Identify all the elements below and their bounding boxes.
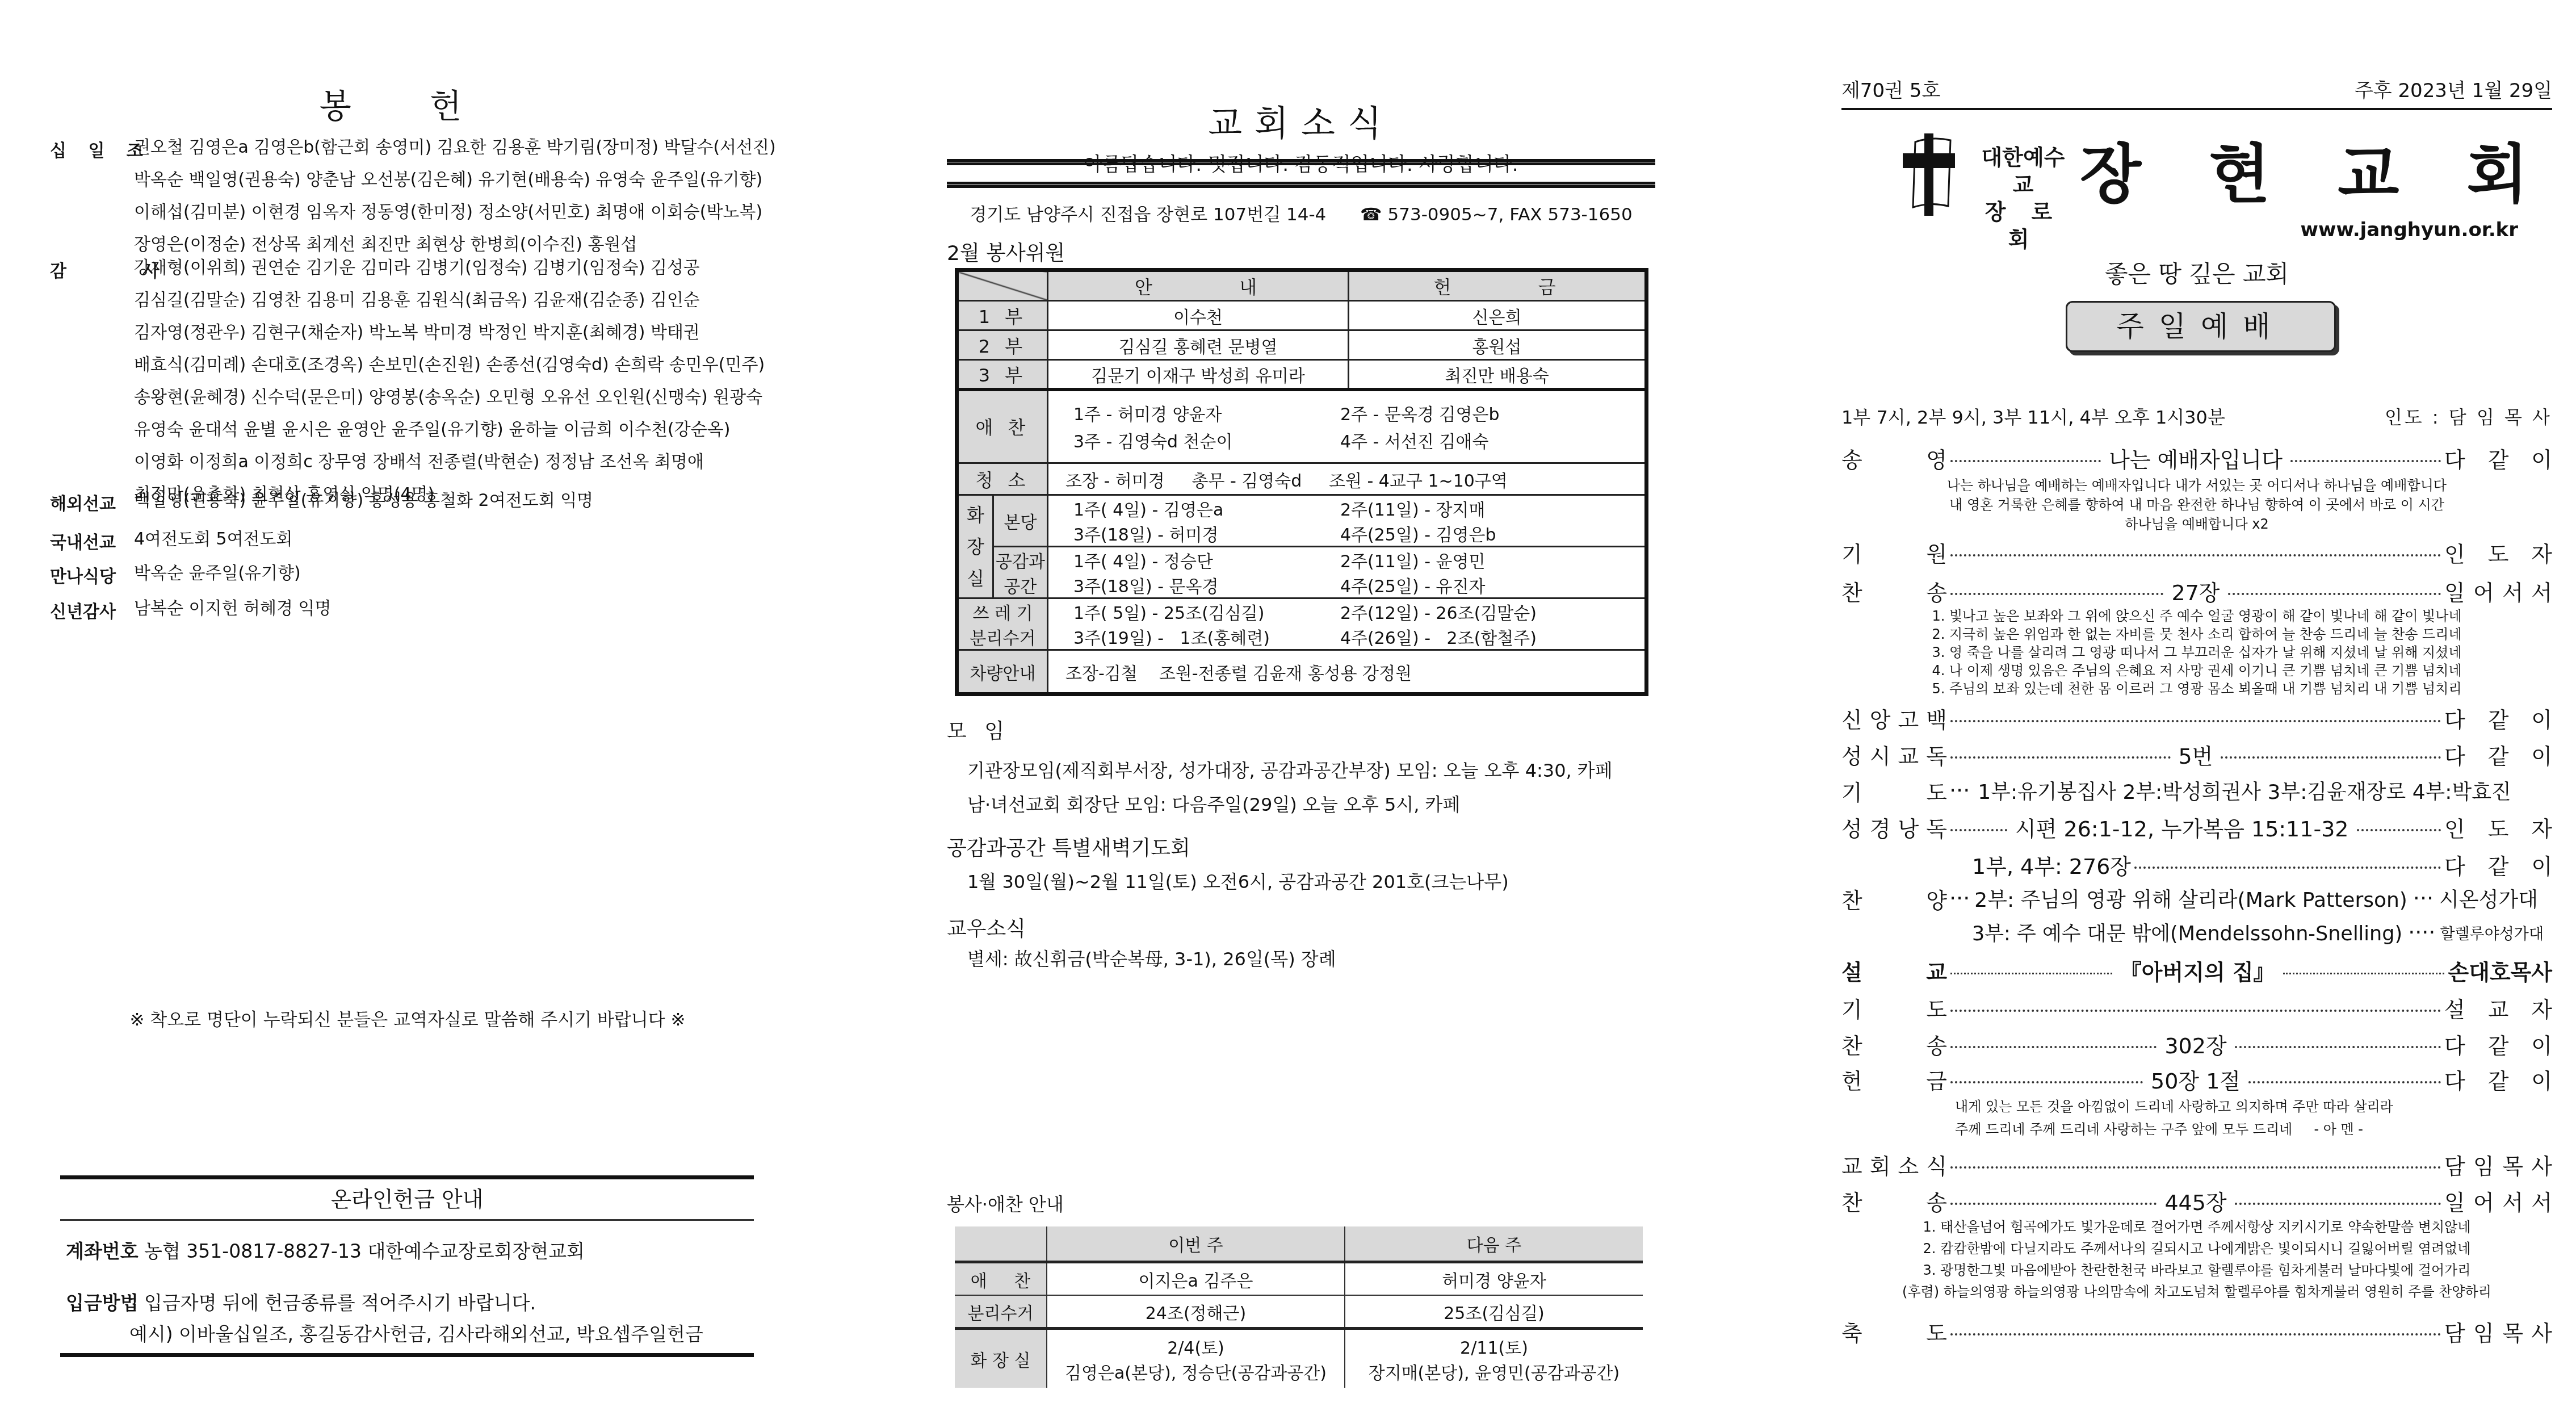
table-row: 3 부 김문기 이재구 박성희 유미라 최진만 배용숙	[957, 360, 1647, 390]
label-char: 도	[1926, 992, 1947, 1023]
duty-date: 2/11(토)	[1346, 1334, 1642, 1359]
order-item-performer: 담임목사	[2444, 1149, 2552, 1180]
this-week-value: 24조(정해근)	[1047, 1295, 1345, 1329]
next-week-value: 2/11(토) 장지매(본당), 윤영민(공감과공간)	[1345, 1329, 1643, 1388]
dot-leader	[1950, 720, 2441, 722]
who-char: 설	[2444, 992, 2465, 1023]
order-item-label: 기도	[1841, 992, 1947, 1023]
order-item-performer: 인도자	[2444, 537, 2552, 568]
table-row: 1 부 이수천 신은희	[957, 301, 1647, 330]
table-row: 청 소 조장 - 허미경 총무 - 김영숙d 조원 - 4교구 1~10구역	[957, 463, 1647, 495]
label-char: 신	[1841, 702, 1862, 734]
dot-leader	[1950, 756, 2171, 759]
ellipsis: ···	[1949, 778, 1970, 803]
who-char: 이	[2531, 1028, 2552, 1060]
scripture-reading: 시편 26:1-12, 누가복음 15:11-32	[2011, 811, 2353, 843]
label-char: 찬	[1841, 575, 1862, 606]
anthem-row: 1부, 4부: 276장 다 같 이	[1841, 848, 2552, 880]
church-name: 장 현 교 회	[2080, 139, 2551, 210]
schedule-entry: 4주(25일) - 김영은b	[1340, 521, 1607, 546]
duty-date: 2/4(토)	[1048, 1334, 1344, 1359]
divider	[60, 1353, 754, 1357]
order-item: 찬송 27장 일어서서	[1841, 575, 2552, 606]
row-label: 1 부	[957, 301, 1048, 330]
who-char: 목	[2502, 1316, 2523, 1347]
deposit-method-row: 입금방법 입금자명 뒤에 헌금종류를 적어주시기 바랍니다.	[66, 1288, 754, 1315]
who-char: 인	[2444, 537, 2465, 568]
dot-leader	[2228, 593, 2441, 595]
label-char: 기	[1841, 537, 1862, 568]
order-item: 헌금 50장 1절 다같이	[1841, 1063, 2552, 1095]
dot-leader	[1950, 1010, 2441, 1012]
label-char: 교	[1898, 739, 1919, 770]
omission-notice: ※ 착오로 명단이 누락되신 분들은 교역자실로 말씀해 주시기 바랍니다 ※	[50, 1005, 765, 1031]
order-item-label: 찬송	[1841, 1028, 1947, 1060]
order-item: 교회소식 담임목사	[1841, 1148, 2552, 1180]
lyrics-line: 주께 드리네 주께 드리네 사랑하는 구주 앞에 모두 드리네 - 아 멘 -	[1955, 1120, 2576, 1139]
divider	[60, 1219, 754, 1221]
church-logo: 대한예수교 장 로 회 장 현 교 회	[1898, 133, 2437, 216]
ellipsis: ···	[1949, 886, 1970, 911]
order-item: 기원 인도자	[1841, 536, 2552, 568]
order-item-performer: 담임목사	[2444, 1316, 2552, 1347]
who-char: 같	[2488, 442, 2509, 474]
dot-leader	[1950, 460, 2101, 462]
church-news-page: 교회소식 아름답습니다. 멋집니다. 감동적입니다. 사랑합니다. 경기도 남양…	[947, 0, 1655, 1415]
who-char: 같	[2488, 739, 2509, 770]
offering-names: 신은희	[1349, 301, 1647, 330]
who-char: 담	[2444, 1149, 2465, 1180]
ellipsis: ···	[2413, 886, 2434, 911]
offering-names: 배효식(김미례) 손대호(조경옥) 손보민(손진원) 손종선(김영숙d) 손희락…	[134, 354, 770, 386]
phone-icon: ☎	[1360, 204, 1382, 225]
dot-leader	[1950, 973, 2112, 974]
table-row: 차량안내 조장-김철 조원-전종렬 김윤재 홍성용 강정원	[957, 650, 1647, 694]
table-row: 쓰 레 기 분리수거 1주( 5일) - 25조(김심길)2주(12일) - 2…	[957, 598, 1647, 650]
church-website-link[interactable]: www.janghyun.or.kr	[2301, 219, 2518, 241]
who-char: 일	[2444, 575, 2465, 606]
service-title-box: 주일예배	[2066, 301, 2336, 352]
label-char: 교	[1926, 955, 1947, 986]
schedule-entry: 2주 - 문옥경 김영은b	[1340, 400, 1607, 425]
row-sublabel: 본당	[993, 495, 1048, 547]
dot-leader	[1950, 829, 2007, 831]
denomination-top: 대한예수교	[1972, 144, 2074, 198]
schedule-entry: 3주(19일) - 1조(홍혜련)	[1073, 624, 1340, 649]
label-char: 송	[1926, 1185, 1947, 1216]
table-row: 애 찬 이지은a 김주은 허미경 양윤자	[955, 1262, 1643, 1296]
offering-names: 송왕현(윤혜경) 신수덕(문은미) 양영봉(송옥순) 오민형 오유선 오인원(신…	[134, 386, 770, 418]
restroom-schedule: 1주( 4일) - 정승단2주(11일) - 윤영민 3주(18일) - 문옥경…	[1048, 547, 1647, 598]
church-address-line: 경기도 남양주시 진접읍 장현로 107번길 14-4 ☎ 573-0905~7…	[947, 200, 1655, 225]
prayer-leaders: 1부:유기봉집사 2부:박성희권사 3부:김윤재장로 4부:박효진	[1978, 776, 2511, 805]
order-item-performer: 인도자	[2444, 811, 2552, 843]
anthem-performer: 시온성가대	[2439, 884, 2538, 913]
order-item-performer: 다같이	[2444, 1028, 2552, 1060]
section-heading-member-news: 교우소식	[947, 913, 1026, 942]
account-number: 농협 351-0817-8827-13 대한예수교장로회장현교회	[144, 1240, 585, 1262]
lyrics-line: 2. 캄캄한밤에 다닐지라도 주께서나의 길되시고 나에게밝은 빛이되시니 길잃…	[1841, 1239, 2552, 1258]
who-char: 어	[2473, 575, 2494, 606]
dot-leader	[2235, 1046, 2441, 1048]
schedule-entry: 2주(11일) - 장지매	[1340, 496, 1607, 521]
who-char: 같	[2488, 1064, 2509, 1095]
label-line: 분리수거	[959, 624, 1047, 649]
offering-names: 박옥순 백일영(권용숙) 양춘남 오선봉(김은혜) 유기현(배용숙) 유영숙 윤…	[134, 169, 770, 201]
this-week-value: 2/4(토) 김영은a(본당), 정승단(공감과공간)	[1047, 1329, 1345, 1388]
table-row: 2 부 김심길 홍혜련 문병열 홍원섭	[957, 330, 1647, 360]
label-char: 독	[1926, 739, 1947, 770]
dot-leader	[1950, 554, 2441, 556]
section-heading-meetings: 모 임	[947, 715, 1010, 744]
order-item-performer: 설교자	[2444, 992, 2552, 1023]
schedule-entry: 1주( 4일) - 김영은a	[1073, 496, 1340, 521]
who-char: 서	[2531, 575, 2552, 606]
offering-label: 국내선교	[50, 528, 124, 553]
schedule-entry: 1주 - 허미경 양윤자	[1073, 400, 1340, 425]
row-label: 차량안내	[957, 650, 1048, 694]
schedule-entry: 4주 - 서선진 김애숙	[1340, 428, 1607, 453]
section-heading-dawn-prayer: 공감과공간 특별새벽기도회	[947, 832, 1190, 861]
order-item-label: 성경낭독	[1841, 811, 1947, 843]
offering-names: 홍원섭	[1349, 330, 1647, 360]
deposit-method-label: 입금방법	[66, 1292, 139, 1314]
row-label: 청 소	[957, 463, 1048, 495]
offering-names: 이해섭(김미분) 이현경 임옥자 정동영(한미정) 정소양(서민호) 최명애 이…	[134, 201, 770, 233]
address: 경기도 남양주시 진접읍 장현로 107번길 14-4	[970, 204, 1326, 225]
dot-leader	[2357, 829, 2441, 831]
who-char: 사	[2531, 1316, 2552, 1347]
schedule-entry: 3주(18일) - 허미경	[1073, 521, 1340, 546]
guide-names: 이수천	[1048, 301, 1349, 330]
who-char: 다	[2444, 739, 2465, 770]
who-char: 도	[2488, 811, 2509, 843]
order-item: 신앙고백 다같이	[1841, 702, 2552, 734]
who-char: 다	[2444, 1064, 2465, 1095]
dot-leader	[1950, 1203, 2157, 1205]
account-row: 계좌번호 농협 351-0817-8827-13 대한예수교장로회장현교회	[66, 1237, 754, 1263]
lyrics-line: 나는 하나님을 예배하는 예배자입니다 내가 서있는 곳 어디서나 하나님을 예…	[1841, 476, 2552, 495]
order-item-sermon: 설교 『아버지의 집』 손대호목사	[1841, 954, 2552, 986]
offering-names: 이영화 이정희a 이정희c 장무영 장배석 전종렬(박현순) 정정남 조선옥 최…	[134, 451, 770, 483]
offerings-page: 봉 헌 십 일 조 권오철 김영은a 김영은b(함근회 송영미) 김요한 김용훈…	[50, 0, 765, 1415]
table-row: 화 장 실 본당 1주( 4일) - 김영은a2주(11일) - 장지매 3주(…	[957, 495, 1647, 547]
label-char: 축	[1841, 1316, 1862, 1347]
order-item-label: 성시교독	[1841, 739, 1947, 770]
label-char: 도	[1926, 1316, 1947, 1347]
order-item: 기도 ··· 1부:유기봉집사 2부:박성희권사 3부:김윤재장로 4부:박효진	[1841, 775, 2552, 806]
who-char: 서	[2502, 1185, 2523, 1216]
who-char: 이	[2531, 739, 2552, 770]
preacher: 손대호목사	[2448, 955, 2552, 986]
order-item-label: 찬송	[1841, 575, 1947, 606]
phone-fax: 573-0905~7, FAX 573-1650	[1388, 204, 1633, 225]
order-item-label: 신앙고백	[1841, 702, 1947, 734]
dot-leader	[2134, 866, 2441, 869]
label-char: 기	[1841, 992, 1862, 1023]
page-subtitle: 아름답습니다. 멋집니다. 감동적입니다. 사랑합니다.	[947, 149, 1655, 177]
dot-leader	[1950, 1166, 2441, 1169]
row-label: 분리수거	[955, 1295, 1047, 1329]
who-char: 이	[2531, 442, 2552, 474]
offering-names: 백일영(권용숙) 윤주일(유기향) 홍성용 홍철화 2여전도회 익명	[134, 489, 770, 522]
order-item-label: 교회소식	[1841, 1149, 1947, 1180]
order-item: 성시교독 5번 다같이	[1841, 738, 2552, 770]
label-char: 식	[1926, 1149, 1947, 1180]
denomination-bottom: 장 로 회	[1972, 198, 2074, 253]
table-row: 분리수거 24조(정해근) 25조(김심길)	[955, 1295, 1643, 1329]
order-item-label: 헌금	[1841, 1064, 1947, 1095]
who-char: 교	[2488, 992, 2509, 1023]
online-offering-title: 온라인헌금 안내	[60, 1179, 754, 1219]
schedule-entry: 3주 - 김영숙d 천순이	[1073, 428, 1340, 453]
lyrics-line: 4. 나 이제 생명 있음은 주님의 은혜요 저 사망 권세 이기니 큰 기쁨 …	[1841, 661, 2552, 680]
offering-names: 강재형(이위희) 권연순 김기운 김미라 김병기(임정숙) 김병기(임정숙) 김…	[134, 257, 770, 289]
dot-leader	[1950, 593, 2163, 595]
order-item: 기도 설교자	[1841, 991, 2552, 1023]
who-char: 임	[2473, 1316, 2494, 1347]
who-char: 이	[2531, 1064, 2552, 1095]
table-row: 화 장 실 2/4(토) 김영은a(본당), 정승단(공감과공간) 2/11(토…	[955, 1329, 1643, 1388]
order-item: 찬송 445장 일어서서	[1841, 1184, 2552, 1216]
page-title: 교회소식	[947, 95, 1655, 146]
schedule-entry: 4주(25일) - 유진자	[1340, 572, 1607, 597]
order-item-label: 기원	[1841, 537, 1947, 568]
offering-names: 김자영(정관우) 김현구(채순자) 박노복 박미경 박정인 박지훈(최혜경) 박…	[134, 321, 770, 354]
anthem-row: 3부: 주 예수 대문 밖에(Mendelssohn-Snelling) ···…	[1841, 916, 2552, 948]
order-item-performer: 일어서서	[2444, 575, 2552, 606]
guide-names: 김심길 홍혜련 문병열	[1048, 330, 1349, 360]
cleaning-assignment: 조장 - 허미경 총무 - 김영숙d 조원 - 4교구 1~10구역	[1048, 463, 1647, 495]
label-char: 찬	[1841, 1028, 1862, 1060]
dawn-prayer-details: 1월 30일(월)~2월 11일(토) 오전6시, 공감과공간 201호(크는나…	[967, 868, 1509, 894]
lyrics-line: 3. 광명한그빛 마음에받아 찬란한천국 바라보고 할렐루야를 힘차게불러 날마…	[1841, 1261, 2552, 1280]
ellipsis: ····	[2408, 920, 2435, 945]
order-item-performer: 일어서서	[2444, 1185, 2552, 1216]
who-char: 서	[2502, 575, 2523, 606]
label-char: 실	[959, 563, 992, 595]
who-char: 다	[2444, 702, 2465, 734]
member-news-details: 별세: 故신휘금(박순복母, 3-1), 26일(목) 장례	[967, 945, 1336, 971]
order-item-label: 설교	[1841, 955, 1947, 986]
label-char: 금	[1926, 1064, 1947, 1095]
order-item-content: 27장	[2167, 575, 2224, 606]
dot-leader	[2248, 1081, 2441, 1083]
who-char: 자	[2531, 992, 2552, 1023]
label-char: 찬	[1841, 883, 1862, 914]
divider	[1841, 108, 2552, 110]
order-item-label: 축도	[1841, 1316, 1947, 1347]
dot-leader	[1950, 1081, 2143, 1083]
anthem-text: 2부: 주님의 영광 위해 살리라(Mark Patterson)	[1974, 884, 2407, 913]
cross-scroll-icon	[1898, 133, 1961, 216]
who-char: 어	[2473, 1185, 2494, 1216]
recycling-schedule: 1주( 5일) - 25조(김심길)2주(12일) - 26조(김말순) 3주(…	[1048, 598, 1647, 650]
guide-names: 김문기 이재구 박성희 유미라	[1048, 360, 1349, 390]
who-char: 자	[2531, 537, 2552, 568]
meeting-item: 남·녀선교회 회장단 모임: 다음주일(29일) 오늘 오후 5시, 카페	[967, 790, 1460, 817]
schedule-entry: 4주(26일) - 2조(함철주)	[1340, 624, 1607, 649]
dot-leader	[2283, 973, 2445, 974]
table-row: 애 찬 1주 - 허미경 양윤자2주 - 문옥경 김영은b 3주 - 김영숙d …	[957, 390, 1647, 463]
label-char: 헌	[1841, 1064, 1862, 1095]
lyrics-line: 1. 빛나고 높은 보좌와 그 위에 앉으신 주 예수 얼굴 영광이 해 같이 …	[1841, 606, 2552, 626]
lyrics-line: 5. 주님의 보좌 있는데 천한 몸 이르러 그 영광 몸소 뵈올때 내 기쁨 …	[1841, 679, 2552, 698]
table-corner-cell	[955, 1226, 1047, 1262]
who-char: 서	[2531, 1185, 2552, 1216]
column-header-next-week: 다음 주	[1345, 1226, 1643, 1262]
next-duty-table: 이번 주 다음 주 애 찬 이지은a 김주은 허미경 양윤자 분리수거 24조(…	[955, 1226, 1643, 1388]
label-char: 송	[1841, 442, 1862, 474]
who-char: 사	[2531, 1149, 2552, 1180]
label-char: 시	[1870, 739, 1891, 770]
who-char: 다	[2444, 1028, 2465, 1060]
anthem-text: 3부: 주 예수 대문 밖에(Mendelssohn-Snelling)	[1972, 918, 2402, 947]
label-char: 독	[1926, 811, 1947, 843]
duty-names: 장지매(본당), 윤영민(공감과공간)	[1346, 1359, 1642, 1384]
service-committee-table: 안 내 헌 금 1 부 이수천 신은희 2 부 김심길 홍혜련 문병열 홍원섭 …	[955, 268, 1648, 696]
order-item-performer: 다같이	[2444, 1064, 2552, 1095]
order-item-label: 찬양	[1841, 883, 1947, 914]
deposit-example: 예시) 이바울십일조, 홍길동감사헌금, 김사라해외선교, 박요셉주일헌금	[129, 1320, 754, 1346]
order-item-performer: 다같이	[2444, 739, 2552, 770]
denomination-name: 대한예수교 장 로 회	[1972, 144, 2074, 253]
schedule-entry: 1주( 5일) - 25조(김심길)	[1073, 599, 1340, 624]
this-week-value: 이지은a 김주은	[1047, 1262, 1345, 1296]
label-char: 교	[1841, 1149, 1862, 1180]
meeting-item: 기관장모임(제직회부서장, 성가대장, 공감과공간부장) 모임: 오늘 오후 4…	[967, 756, 1613, 782]
row-label: 3 부	[957, 360, 1048, 390]
anthem-performer: 할렐루야성가대	[2440, 922, 2544, 944]
order-item-label: 찬송	[1841, 1185, 1947, 1216]
dot-leader	[2221, 756, 2441, 759]
label-char: 원	[1926, 537, 1947, 568]
label-line: 쓰 레 기	[959, 599, 1047, 624]
table-header-row: 이번 주 다음 주	[955, 1226, 1643, 1262]
lyrics-line: (후렴) 하늘의영광 하늘의영광 나의맘속에 차고도넘쳐 할렐루야를 힘차게불러…	[1841, 1282, 2552, 1301]
offering-names: 김심길(김말순) 김영찬 김용미 김용훈 김원식(최금옥) 김윤재(김순종) 김…	[134, 289, 770, 321]
table-corner-cell	[957, 270, 1048, 301]
sublabel-line: 공감과	[994, 547, 1047, 572]
who-char: 임	[2473, 1149, 2494, 1180]
lyrics-line: 내 영혼 거룩한 은혜를 향하여 내 마음 완전한 하나님 향하여 이 곳에서 …	[1841, 495, 2552, 514]
restroom-schedule: 1주( 4일) - 김영은a2주(11일) - 장지매 3주(18일) - 허미…	[1048, 495, 1647, 547]
who-char: 도	[2488, 537, 2509, 568]
offering-label: 해외선교	[50, 489, 124, 514]
bulletin-date: 주후 2023년 1월 29일	[2355, 75, 2552, 103]
order-item-label: 기도	[1841, 775, 1947, 806]
anthem-performer: 다 같 이	[2444, 849, 2552, 880]
account-label: 계좌번호	[66, 1240, 139, 1262]
label-char: 화	[959, 499, 992, 531]
offering-label: 신년감사	[50, 597, 124, 622]
lyrics-line: 1. 태산을넘어 험곡에가도 빛가운데로 걸어가면 주께서항상 지키시기로 약속…	[1841, 1217, 2552, 1237]
offering-names: 유영숙 윤대석 윤별 윤시은 윤영안 윤주일(유기향) 윤하늘 이금희 이수천(…	[134, 418, 770, 451]
label-char: 도	[1926, 775, 1947, 806]
offering-names: 최진만 배용숙	[1349, 360, 1647, 390]
row-label: 쓰 레 기 분리수거	[957, 598, 1048, 650]
page-title: 봉 헌	[50, 79, 765, 127]
who-char: 다	[2444, 442, 2465, 474]
offering-label: 십 일 조	[50, 136, 124, 161]
parking-assignment: 조장-김철 조원-전종렬 김윤재 홍성용 강정원	[1048, 650, 1647, 694]
row-sublabel: 공감과 공간	[993, 547, 1048, 598]
order-item: 찬양 ··· 2부: 주님의 영광 위해 살리라(Mark Patterson)…	[1841, 882, 2552, 914]
volume-number: 제70권 5호	[1841, 75, 1940, 103]
label-char: 앙	[1870, 702, 1891, 734]
next-week-value: 허미경 양윤자	[1345, 1262, 1643, 1296]
who-char: 담	[2444, 1316, 2465, 1347]
label-char: 회	[1870, 1149, 1891, 1180]
who-char: 일	[2444, 1185, 2465, 1216]
who-char: 자	[2531, 811, 2552, 843]
order-item-content: 나는 예배자입니다	[2104, 442, 2287, 474]
label-char: 양	[1926, 883, 1947, 914]
who-char: 인	[2444, 811, 2465, 843]
schedule-entry: 3주(18일) - 문옥경	[1073, 572, 1340, 597]
label-char: 송	[1926, 1028, 1947, 1060]
dot-leader	[2290, 460, 2441, 462]
sublabel-line: 공간	[994, 572, 1047, 597]
who-char: 같	[2488, 702, 2509, 734]
row-label-restroom: 화 장 실	[957, 495, 993, 598]
order-item-content: 50장 1절	[2146, 1064, 2245, 1095]
online-offering-box: 온라인헌금 안내 계좌번호 농협 351-0817-8827-13 대한예수교장…	[60, 1175, 754, 1357]
order-item-performer: 다같이	[2444, 442, 2552, 474]
column-header-this-week: 이번 주	[1047, 1226, 1345, 1262]
label-char: 기	[1841, 775, 1862, 806]
table-row: 공감과 공간 1주( 4일) - 정승단2주(11일) - 윤영민 3주(18일…	[957, 547, 1647, 598]
offering-names: 남복순 이지헌 허혜경 익명	[134, 597, 770, 630]
column-header-offering: 헌 금	[1349, 270, 1647, 301]
who-char: 목	[2502, 1149, 2523, 1180]
service-leader: 인도 : 담 임 목 사	[2385, 403, 2552, 429]
order-item: 찬송 302장 다같이	[1841, 1028, 2552, 1060]
divider	[60, 1175, 754, 1179]
dot-leader	[1950, 1333, 2441, 1336]
duty-names: 김영은a(본당), 정승단(공감과공간)	[1048, 1359, 1344, 1384]
label-char: 성	[1841, 811, 1862, 843]
label-char: 소	[1898, 1149, 1919, 1180]
offering-names: 박옥순 윤주일(유기향)	[134, 562, 770, 595]
schedule-entry: 2주(12일) - 26조(김말순)	[1340, 599, 1607, 624]
anthem-text: 1부, 4부: 276장	[1972, 849, 2131, 880]
row-label: 애 찬	[955, 1262, 1047, 1296]
schedule-entry: 2주(11일) - 윤영민	[1340, 547, 1607, 572]
order-item: 송영 나는 예배자입니다 다같이	[1841, 442, 2552, 474]
dot-leader	[2235, 1203, 2441, 1205]
label-char: 고	[1898, 702, 1919, 734]
order-item-label: 송영	[1841, 442, 1947, 474]
order-item: 성경낭독 시편 26:1-12, 누가복음 15:11-32 인도자	[1841, 811, 2552, 843]
row-label: 화 장 실	[955, 1329, 1047, 1388]
lyrics-line: 내게 있는 모든 것을 아낌없이 드리네 사랑하고 의지하며 주만 따라 살리라	[1955, 1097, 2576, 1116]
row-label: 2 부	[957, 330, 1048, 360]
section-heading-next-duty: 봉사·애찬 안내	[947, 1190, 1064, 1216]
order-item-content: 302장	[2160, 1028, 2231, 1060]
next-week-value: 25조(김심길)	[1345, 1295, 1643, 1329]
label-char: 경	[1870, 811, 1891, 843]
schedule-entry: 1주( 4일) - 정승단	[1073, 547, 1340, 572]
label-char: 송	[1926, 575, 1947, 606]
row-label: 애 찬	[957, 390, 1048, 463]
service-times: 1부 7시, 2부 9시, 3부 11시, 4부 오후 1시30분	[1841, 403, 2225, 429]
label-char: 장	[959, 531, 992, 563]
offering-label: 감 사	[50, 257, 124, 282]
order-item-content: 445장	[2160, 1185, 2231, 1216]
choir-schedule: 1주 - 허미경 양윤자2주 - 문옥경 김영은b 3주 - 김영숙d 천순이4…	[1048, 390, 1647, 463]
offering-names: 권오철 김영은a 김영은b(함근회 송영미) 김요한 김용훈 박기림(장미정) …	[134, 136, 770, 169]
